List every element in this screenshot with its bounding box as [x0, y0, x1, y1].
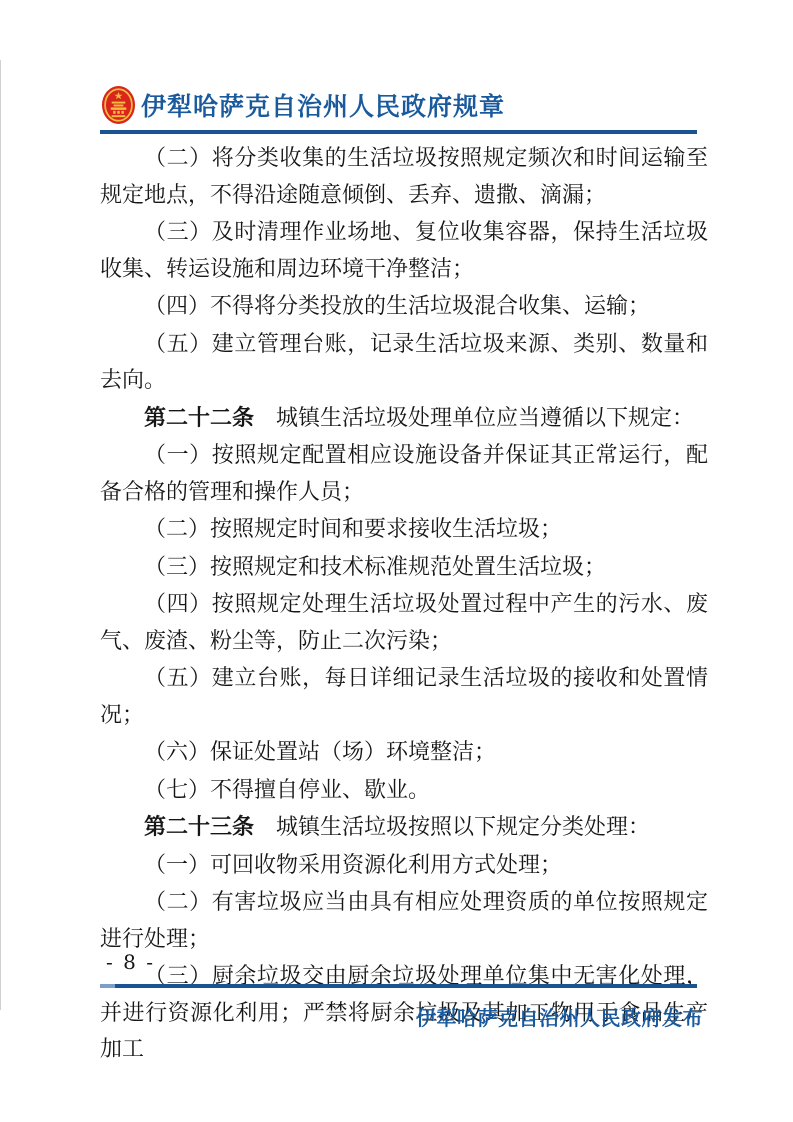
clause-text: （五）建立管理台账，记录生活垃圾来源、类别、数量和去向。: [100, 332, 708, 394]
header-title: 伊犁哈萨克自治州人民政府规章: [141, 87, 505, 123]
body-paragraph: （一）按照规定配置相应设施设备并保证其正常运行，配备合格的管理和操作人员；: [100, 437, 708, 511]
page-number: - 8 -: [106, 950, 155, 974]
clause-text: （四）不得将分类投放的生活垃圾混合收集、运输；: [144, 294, 650, 319]
footer-rule-tip: [100, 984, 115, 988]
header-rule: [100, 130, 697, 134]
clause-text: （一）可回收物采用资源化利用方式处理；: [144, 853, 562, 878]
scan-edge-artifact: [0, 60, 1, 1010]
publisher-line: 伊犁哈萨克自治州人民政府发布: [416, 1002, 703, 1031]
clause-text: （四）按照规定处理生活垃圾处置过程中产生的污水、废气、废渣、粉尘等，防止二次污染…: [100, 592, 708, 654]
body-paragraph: （三）及时清理作业场地、复位收集容器，保持生活垃圾收集、转运设施和周边环境干净整…: [100, 214, 708, 288]
clause-text: （二）有害垃圾应当由具有相应处理资质的单位按照规定进行处理；: [100, 890, 708, 952]
clause-text: （二）将分类收集的生活垃圾按照规定频次和时间运输至规定地点，不得沿途随意倾倒、丢…: [100, 146, 708, 208]
article-heading-paragraph: 第二十三条 城镇生活垃圾按照以下规定分类处理：: [100, 809, 708, 847]
clause-text: （五）建立台账，每日详细记录生活垃圾的接收和处置情况；: [100, 666, 708, 728]
article-number: 第二十二条: [144, 405, 254, 430]
body-paragraph: （二）有害垃圾应当由具有相应处理资质的单位按照规定进行处理；: [100, 884, 708, 958]
body-paragraph: （二）将分类收集的生活垃圾按照规定频次和时间运输至规定地点，不得沿途随意倾倒、丢…: [100, 140, 708, 214]
clause-text: （六）保证处置站（场）环境整洁；: [144, 740, 496, 765]
clause-text: （三）及时清理作业场地、复位收集容器，保持生活垃圾收集、转运设施和周边环境干净整…: [100, 220, 708, 282]
article-text: 城镇生活垃圾按照以下规定分类处理：: [254, 815, 650, 840]
article-text: 城镇生活垃圾处理单位应当遵循以下规定：: [254, 406, 694, 431]
body-paragraph: （七）不得擅自停业、歇业。: [100, 772, 708, 810]
body-paragraph: （四）按照规定处理生活垃圾处置过程中产生的污水、废气、废渣、粉尘等，防止二次污染…: [100, 586, 708, 660]
footer-rule: [100, 984, 697, 988]
article-heading-paragraph: 第二十二条 城镇生活垃圾处理单位应当遵循以下规定：: [100, 400, 708, 438]
article-number: 第二十三条: [144, 814, 254, 839]
body-paragraph: （五）建立管理台账，记录生活垃圾来源、类别、数量和去向。: [100, 326, 708, 400]
body-paragraph: （一）可回收物采用资源化利用方式处理；: [100, 847, 708, 885]
clause-text: （三）按照规定和技术标准规范处置生活垃圾；: [144, 555, 606, 580]
clause-text: （七）不得擅自停业、歇业。: [144, 778, 430, 803]
body-paragraph: （六）保证处置站（场）环境整洁；: [100, 734, 708, 772]
body-paragraph: （二）按照规定时间和要求接收生活垃圾；: [100, 511, 708, 549]
national-emblem-icon: [101, 85, 136, 125]
body-paragraph: （三）按照规定和技术标准规范处置生活垃圾；: [100, 549, 708, 587]
document-body: （二）将分类收集的生活垃圾按照规定频次和时间运输至规定地点，不得沿途随意倾倒、丢…: [100, 140, 708, 1069]
clause-text: （二）按照规定时间和要求接收生活垃圾；: [144, 517, 562, 542]
body-paragraph: （四）不得将分类投放的生活垃圾混合收集、运输；: [100, 288, 708, 326]
clause-text: （一）按照规定配置相应设施设备并保证其正常运行，配备合格的管理和操作人员；: [100, 443, 708, 505]
document-page: 伊犁哈萨克自治州人民政府规章 （二）将分类收集的生活垃圾按照规定频次和时间运输至…: [0, 0, 793, 1122]
page-header: 伊犁哈萨克自治州人民政府规章: [101, 84, 505, 126]
body-paragraph: （五）建立台账，每日详细记录生活垃圾的接收和处置情况；: [100, 660, 708, 734]
